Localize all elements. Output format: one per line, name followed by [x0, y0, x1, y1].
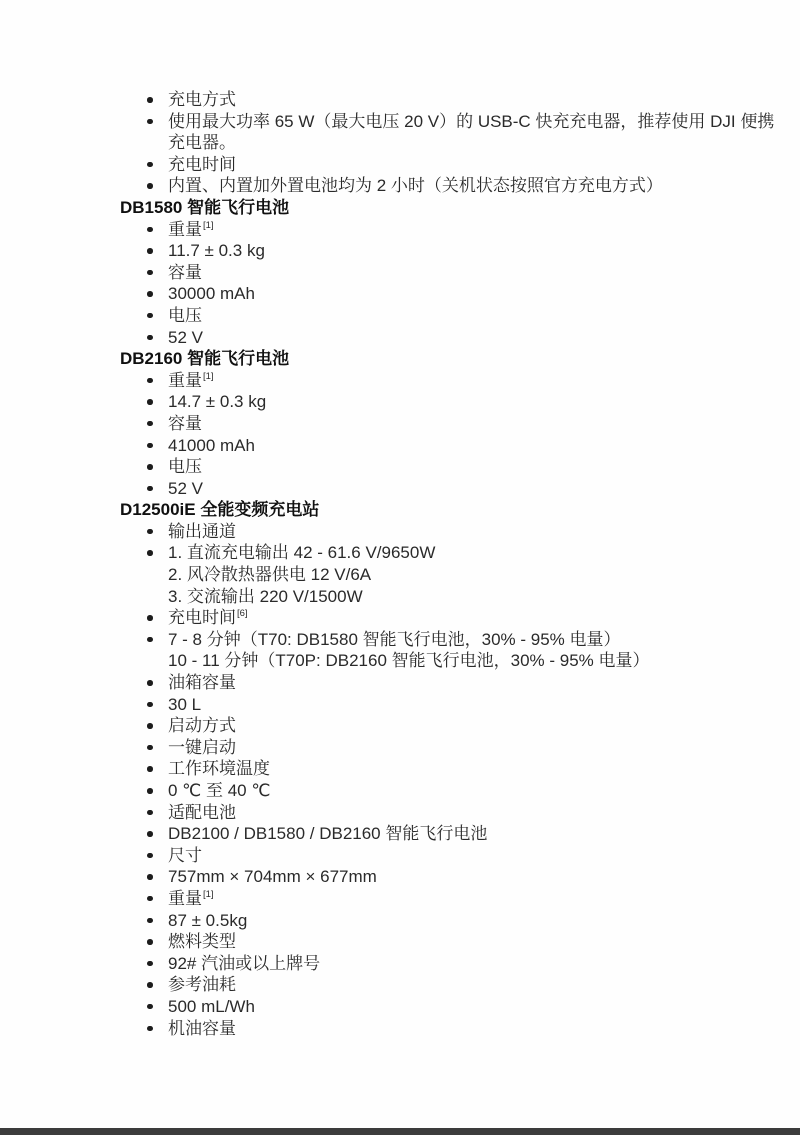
bullet-icon [147, 119, 153, 125]
list-item: 30000 mAh [120, 283, 730, 305]
list-item: 电压 [120, 456, 730, 478]
list-item: 充电方式 [120, 89, 730, 111]
list-item-text: 重量 [168, 371, 202, 390]
list-item-text: 7 - 8 分钟（T70: DB1580 智能飞行电池，30% - 95% 电量… [168, 630, 621, 649]
list-item: 充电时间[6] [120, 607, 730, 629]
bullet-icon [147, 896, 153, 902]
spec-document-page: 充电方式使用最大功率 65 W（最大电压 20 V）的 USB-C 快充充电器，… [0, 0, 800, 1135]
list-item-text: 500 mL/Wh [168, 997, 255, 1016]
bullet-icon [147, 723, 153, 729]
bullet-icon [147, 421, 153, 427]
list-item-text: 启动方式 [168, 716, 236, 735]
list-item-text: 重量 [168, 220, 202, 239]
list-item: 电压 [120, 305, 730, 327]
document-content: 充电方式使用最大功率 65 W（最大电压 20 V）的 USB-C 快充充电器，… [120, 89, 730, 1039]
list-item: 适配电池 [120, 802, 730, 824]
list-item-text: 一键启动 [168, 738, 236, 757]
bullet-icon [147, 853, 153, 859]
list-item: 容量 [120, 413, 730, 435]
list-item-text: 0 ℃ 至 40 ℃ [168, 781, 270, 800]
footnote-marker: [1] [203, 371, 214, 382]
bullet-icon [147, 637, 153, 643]
bullet-icon [147, 918, 153, 924]
bullet-icon [147, 680, 153, 686]
bullet-icon [147, 335, 153, 341]
bullet-icon [147, 270, 153, 276]
list-item: 尺寸 [120, 845, 730, 867]
list-item-text: 41000 mAh [168, 436, 255, 455]
bullet-icon [147, 248, 153, 254]
bullet-icon [147, 443, 153, 449]
list-item: 充电时间 [120, 154, 730, 176]
list-item: 容量 [120, 262, 730, 284]
list-item-text: 工作环境温度 [168, 759, 270, 778]
section-heading: D12500iE 全能变频充电站 [120, 499, 730, 521]
bullet-icon [147, 874, 153, 880]
list-item-text: 30000 mAh [168, 284, 255, 303]
bullet-icon [147, 1026, 153, 1032]
list-item-text: 充电时间 [168, 608, 236, 627]
footnote-marker: [1] [203, 889, 214, 900]
list-item-text: 充电器。 [168, 133, 236, 152]
bullet-icon [147, 183, 153, 189]
list-item-text: 油箱容量 [168, 673, 236, 692]
list-item-text: 重量 [168, 889, 202, 908]
list-item: 充电器。 [120, 132, 730, 154]
bullet-icon [147, 529, 153, 535]
list-item: 7 - 8 分钟（T70: DB1580 智能飞行电池，30% - 95% 电量… [120, 629, 730, 651]
bullet-icon [147, 1004, 153, 1010]
bottom-bar [0, 1128, 800, 1135]
bullet-icon [147, 810, 153, 816]
bullet-icon [147, 961, 153, 967]
bullet-icon [147, 97, 153, 103]
list-item: 52 V [120, 327, 730, 349]
list-item: 0 ℃ 至 40 ℃ [120, 780, 730, 802]
list-item: 757mm × 704mm × 677mm [120, 866, 730, 888]
list-item-text: 适配电池 [168, 803, 236, 822]
list-item-text: 参考油耗 [168, 975, 236, 994]
list-item-text: 11.7 ± 0.3 kg [168, 241, 265, 260]
bullet-icon [147, 486, 153, 492]
list-item: 500 mL/Wh [120, 996, 730, 1018]
list-item: 10 - 11 分钟（T70P: DB2160 智能飞行电池，30% - 95%… [120, 650, 730, 672]
bullet-icon [147, 313, 153, 319]
list-item-text: 使用最大功率 65 W（最大电压 20 V）的 USB-C 快充充电器，推荐使用… [168, 112, 774, 131]
list-item-text: 14.7 ± 0.3 kg [168, 392, 266, 411]
list-item: 2. 风冷散热器供电 12 V/6A [120, 564, 730, 586]
list-item: 油箱容量 [120, 672, 730, 694]
bullet-icon [147, 939, 153, 945]
list-item-text: 内置、内置加外置电池均为 2 小时（关机状态按照官方充电方式） [168, 176, 663, 195]
section-heading: DB1580 智能飞行电池 [120, 197, 730, 219]
footnote-marker: [1] [203, 220, 214, 231]
list-item-text: 30 L [168, 695, 201, 714]
list-item-text: 1. 直流充电输出 42 - 61.6 V/9650W [168, 543, 435, 562]
list-item: 52 V [120, 478, 730, 500]
list-item-text: 2. 风冷散热器供电 12 V/6A [168, 565, 371, 584]
list-item: 3. 交流输出 220 V/1500W [120, 586, 730, 608]
list-item-text: 尺寸 [168, 846, 202, 865]
list-item-text: 容量 [168, 414, 202, 433]
list-item: 机油容量 [120, 1018, 730, 1040]
bullet-icon [147, 227, 153, 233]
list-item-text: 充电时间 [168, 155, 236, 174]
list-item: 使用最大功率 65 W（最大电压 20 V）的 USB-C 快充充电器，推荐使用… [120, 111, 730, 133]
list-item: 输出通道 [120, 521, 730, 543]
list-item: 1. 直流充电输出 42 - 61.6 V/9650W [120, 542, 730, 564]
footnote-marker: [6] [237, 608, 248, 619]
bullet-icon [147, 982, 153, 988]
bullet-icon [147, 464, 153, 470]
list-item: 重量[1] [120, 370, 730, 392]
list-item: 14.7 ± 0.3 kg [120, 391, 730, 413]
list-item-text: 机油容量 [168, 1019, 236, 1038]
bullet-icon [147, 702, 153, 708]
list-item: DB2100 / DB1580 / DB2160 智能飞行电池 [120, 823, 730, 845]
list-item: 燃料类型 [120, 931, 730, 953]
bullet-icon [147, 766, 153, 772]
section-heading: DB2160 智能飞行电池 [120, 348, 730, 370]
bullet-icon [147, 745, 153, 751]
list-item: 87 ± 0.5kg [120, 910, 730, 932]
list-item: 重量[1] [120, 219, 730, 241]
list-item-text: 10 - 11 分钟（T70P: DB2160 智能飞行电池，30% - 95%… [168, 651, 650, 670]
list-item: 一键启动 [120, 737, 730, 759]
bullet-icon [147, 615, 153, 621]
list-item: 启动方式 [120, 715, 730, 737]
bullet-icon [147, 788, 153, 794]
list-item-text: 充电方式 [168, 90, 236, 109]
list-item-text: 电压 [168, 306, 202, 325]
list-item: 内置、内置加外置电池均为 2 小时（关机状态按照官方充电方式） [120, 175, 730, 197]
list-item-text: 电压 [168, 457, 202, 476]
list-item-text: 757mm × 704mm × 677mm [168, 867, 377, 886]
list-item: 参考油耗 [120, 974, 730, 996]
list-item-text: 87 ± 0.5kg [168, 911, 247, 930]
list-item: 41000 mAh [120, 435, 730, 457]
bullet-icon [147, 378, 153, 384]
list-item-text: 3. 交流输出 220 V/1500W [168, 587, 363, 606]
bullet-icon [147, 399, 153, 405]
bullet-icon [147, 291, 153, 297]
list-item: 11.7 ± 0.3 kg [120, 240, 730, 262]
list-item-text: 92# 汽油或以上牌号 [168, 954, 320, 973]
list-item-text: 52 V [168, 479, 203, 498]
list-item-text: 燃料类型 [168, 932, 236, 951]
bullet-icon [147, 831, 153, 837]
list-item: 工作环境温度 [120, 758, 730, 780]
list-item-text: 52 V [168, 328, 203, 347]
list-item-text: DB2100 / DB1580 / DB2160 智能飞行电池 [168, 824, 487, 843]
bullet-icon [147, 550, 153, 556]
list-item-text: 输出通道 [168, 522, 236, 541]
list-item: 30 L [120, 694, 730, 716]
bullet-icon [147, 162, 153, 168]
list-item-text: 容量 [168, 263, 202, 282]
list-item: 92# 汽油或以上牌号 [120, 953, 730, 975]
list-item: 重量[1] [120, 888, 730, 910]
